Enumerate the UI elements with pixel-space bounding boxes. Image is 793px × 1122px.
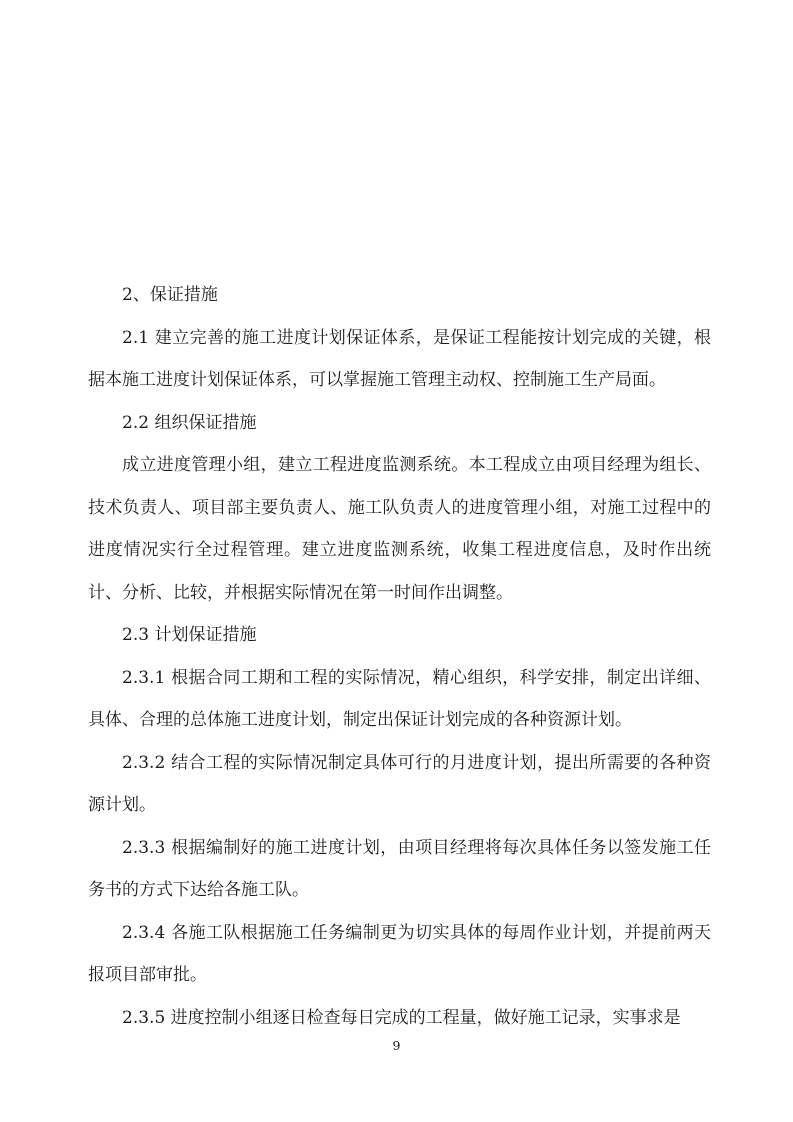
para-2-3-1: 2.3.1 根据合同工期和工程的实际情况，精心组织，科学安排，制定出详细、具体、… [88,657,711,742]
para-2-1: 2.1 建立完善的施工进度计划保证体系，是保证工程能按计划完成的关键，根据本施工… [88,317,711,402]
section-2-2-heading: 2.2 组织保证措施 [88,402,711,445]
para-2-3-3: 2.3.3 根据编制好的施工进度计划，由项目经理将每次具体任务以签发施工任务书的… [88,827,711,912]
para-2-2-body: 成立进度管理小组，建立工程进度监测系统。本工程成立由项目经理为组长、技术负责人、… [88,444,711,614]
document-page: 2、保证措施 2.1 建立完善的施工进度计划保证体系，是保证工程能按计划完成的关… [0,0,793,1122]
para-2-3-4: 2.3.4 各施工队根据施工任务编制更为切实具体的每周作业计划，并提前两天报项目… [88,912,711,997]
para-2-3-2: 2.3.2 结合工程的实际情况制定具体可行的月进度计划，提出所需要的各种资源计划… [88,742,711,827]
para-2-3-5: 2.3.5 进度控制小组逐日检查每日完成的工程量，做好施工记录，实事求是 [88,997,711,1040]
document-body: 2、保证措施 2.1 建立完善的施工进度计划保证体系，是保证工程能按计划完成的关… [88,274,711,1039]
section-2-heading: 2、保证措施 [88,274,711,317]
page-number: 9 [0,1038,793,1053]
section-2-3-heading: 2.3 计划保证措施 [88,614,711,657]
